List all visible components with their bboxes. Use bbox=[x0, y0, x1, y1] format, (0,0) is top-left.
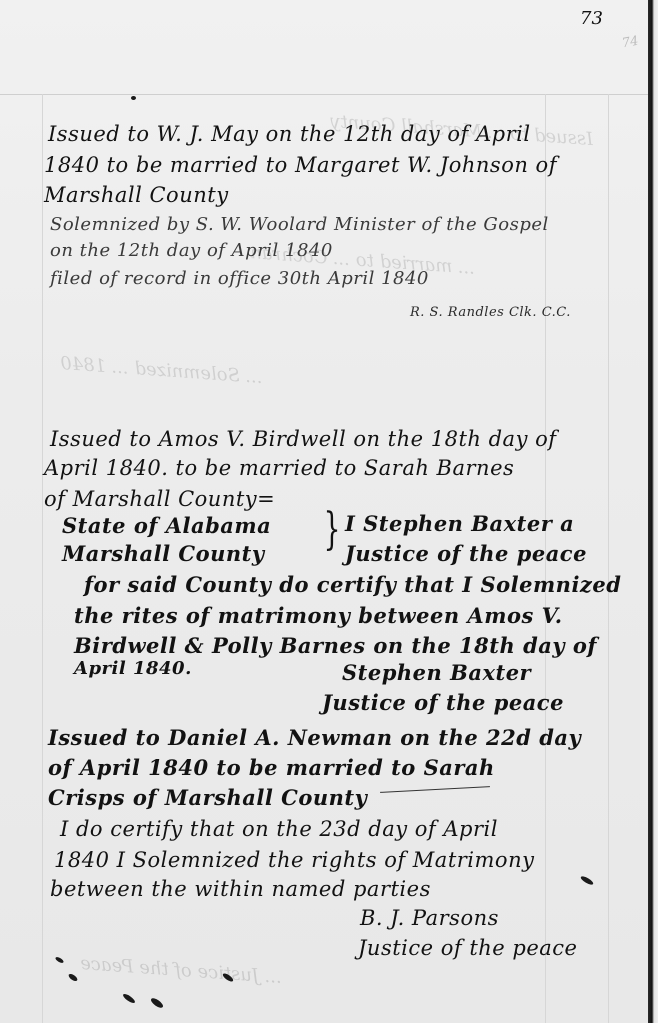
entry-line: Marshall County bbox=[44, 183, 229, 207]
certificate-body-line: for said County do certify that I Solemn… bbox=[84, 572, 621, 597]
ruled-line-top bbox=[0, 94, 648, 95]
ink-blot bbox=[55, 956, 65, 964]
filed-of-record: filed of record in office 30th April 184… bbox=[50, 268, 429, 289]
margin-rule-outer bbox=[608, 94, 609, 1023]
ink-blot bbox=[67, 973, 78, 983]
certificate-officiant-title: Justice of the peace bbox=[345, 541, 587, 566]
certificate-state: State of Alabama bbox=[62, 513, 271, 538]
page-edge-shadow bbox=[648, 0, 658, 1023]
bleed-through-text: ... Justice of the Peace bbox=[80, 953, 283, 988]
bleed-through-text: ... Solemnized ... 1840 bbox=[60, 353, 264, 388]
entry-line: Issued to Daniel A. Newman on the 22d da… bbox=[48, 725, 581, 750]
officiant-title: Justice of the peace bbox=[322, 690, 564, 715]
page-number-ghost: 74 bbox=[621, 34, 640, 52]
solemnization-line: Solemnized by S. W. Woolard Minister of … bbox=[50, 214, 549, 235]
ink-blot bbox=[122, 992, 136, 1004]
certificate-body-line: between the within named parties bbox=[50, 877, 431, 901]
underline-flourish bbox=[380, 786, 490, 793]
ledger-page: Issued to ... Marshall County ... marrie… bbox=[0, 0, 650, 1023]
officiant-title: Justice of the peace bbox=[358, 936, 577, 960]
clerk-signature: R. S. Randles Clk. C.C. bbox=[410, 305, 571, 320]
entry-line: April 1840. to be married to Sarah Barne… bbox=[44, 456, 514, 480]
entry-line: Crisps of Marshall County bbox=[48, 785, 367, 810]
entry-line: Issued to Amos V. Birdwell on the 18th d… bbox=[50, 427, 557, 451]
entry-line: Issued to W. J. May on the 12th day of A… bbox=[48, 122, 531, 146]
certificate-body-line: April 1840. bbox=[74, 658, 192, 679]
ink-blot bbox=[131, 96, 136, 100]
certificate-body-line: Birdwell & Polly Barnes on the 18th day … bbox=[74, 633, 597, 658]
entry-line: of Marshall County= bbox=[44, 487, 275, 511]
page-number: 73 bbox=[580, 8, 603, 29]
ink-blot bbox=[150, 997, 165, 1010]
certificate-body-line: the rites of matrimony between Amos V. bbox=[74, 603, 563, 628]
certificate-officiant: I Stephen Baxter a bbox=[345, 511, 574, 536]
certificate-body-line: I do certify that on the 23d day of Apri… bbox=[60, 817, 498, 841]
brace-glyph: } bbox=[324, 508, 341, 552]
entry-line: of April 1840 to be married to Sarah bbox=[48, 755, 495, 780]
margin-rule-left bbox=[42, 94, 43, 1023]
ink-blot bbox=[580, 875, 595, 886]
officiant-signature: Stephen Baxter bbox=[342, 660, 531, 685]
officiant-signature: B. J. Parsons bbox=[360, 906, 499, 930]
solemnization-line: on the 12th day of April 1840 bbox=[50, 240, 333, 261]
certificate-body-line: 1840 I Solemnized the rights of Matrimon… bbox=[54, 848, 534, 872]
entry-line: 1840 to be married to Margaret W. Johnso… bbox=[44, 153, 557, 177]
certificate-county: Marshall County bbox=[62, 541, 265, 566]
